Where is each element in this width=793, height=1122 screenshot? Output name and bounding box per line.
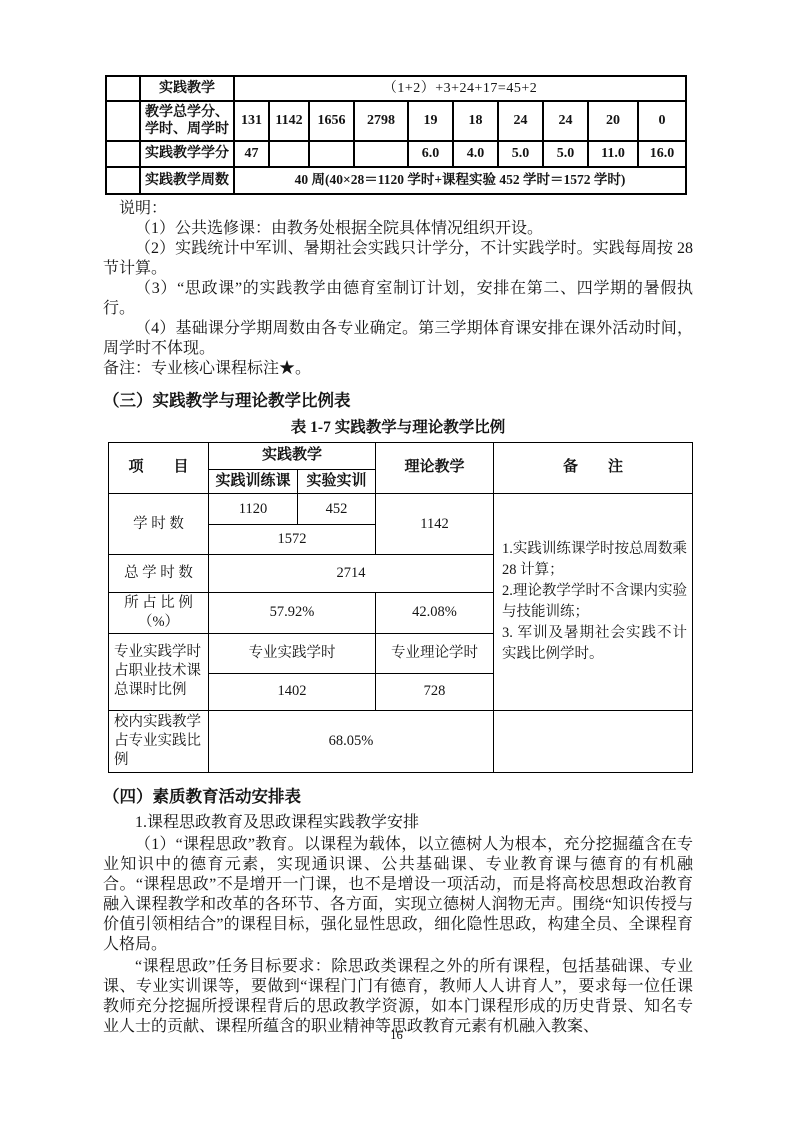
- document-page: 实践教学 （1+2）+3+24+17=45+2 教学总学分、学时、周学时 131…: [0, 0, 793, 1122]
- table-row: 实践教学 （1+2）+3+24+17=45+2: [106, 76, 686, 101]
- section4-heading: （四）素质教育活动安排表: [103, 786, 693, 807]
- teaching-plan-summary-table: 实践教学 （1+2）+3+24+17=45+2 教学总学分、学时、周学时 131…: [105, 75, 687, 195]
- remark-note-1: 1.实践训练课学时按总周数乘 28 计算；: [502, 539, 687, 581]
- cell-practice-credit: 16.0: [638, 141, 686, 167]
- explanation-remark: 备注：专业核心课程标注★。: [103, 359, 693, 379]
- section4-paragraph-2: “课程思政”任务目标要求：除思政类课程之外的所有课程，包括基础课、专业课、专业实…: [103, 957, 693, 1037]
- cell-total-value: 2798: [354, 101, 408, 141]
- cell-practice-credit: 4.0: [453, 141, 498, 167]
- cell-professional-practice-label: 专业实践学时: [209, 633, 376, 673]
- table-1-7-caption: 表 1-7 实践教学与理论教学比例: [103, 418, 693, 438]
- cell-total-value: 19: [408, 101, 453, 141]
- cell-practice-credit: 5.0: [498, 141, 543, 167]
- explanation-item-1: （1）公共选修课：由教务处根据全院具体情况组织开设。: [103, 219, 693, 239]
- cell-practice-credit: [354, 141, 408, 167]
- header-theory-teaching: 理论教学: [376, 443, 494, 494]
- header-item: 项 目: [109, 443, 209, 494]
- cell-total-value: 24: [543, 101, 588, 141]
- cell-proportion-theory: 42.08%: [376, 593, 494, 634]
- cell-professional-ratio-label: 专业实践学时占职业技术课总课时比例: [109, 633, 209, 710]
- cell-campus-ratio-label: 校内实践教学占专业实践比例: [109, 710, 209, 772]
- top-margin: [103, 0, 693, 75]
- table-row: 校内实践教学占专业实践比例 68.05%: [109, 710, 693, 772]
- cell-practice-credit: 11.0: [588, 141, 638, 167]
- cell-practice-credit-label: 实践教学学分: [140, 141, 234, 167]
- cell-professional-practice-value: 1402: [209, 673, 376, 710]
- cell-hours-practice-total: 1572: [209, 525, 376, 555]
- table-row: 实践教学周数 40 周(40×28＝1120 学时+课程实验 452 学时＝15…: [106, 167, 686, 194]
- section4-subitem-1: 1.课程思政教育及思政课程实践教学安排: [103, 813, 693, 833]
- cell-proportion-practice: 57.92%: [209, 593, 376, 634]
- cell-remark-notes: 1.实践训练课学时按总周数乘 28 计算； 2.理论教学学时不含课内实验与技能训…: [494, 494, 693, 711]
- cell-practice-weeks-value: 40 周(40×28＝1120 学时+课程实验 452 学时＝1572 学时): [234, 167, 686, 194]
- cell-practice-formula: （1+2）+3+24+17=45+2: [234, 76, 686, 101]
- table-row: 项 目 实践教学 理论教学 备 注: [109, 443, 693, 470]
- cell-total-value: 0: [638, 101, 686, 141]
- cell-total-value: 18: [453, 101, 498, 141]
- table-row: 实践教学学分 47 6.0 4.0 5.0 5.0 11.0 16.0: [106, 141, 686, 167]
- table-row: 学 时 数 1120 452 1142 1.实践训练课学时按总周数乘 28 计算…: [109, 494, 693, 525]
- cell-campus-ratio-value: 68.05%: [209, 710, 494, 772]
- page-content: 实践教学 （1+2）+3+24+17=45+2 教学总学分、学时、周学时 131…: [103, 0, 693, 1037]
- cell-professional-theory-label: 专业理论学时: [376, 633, 494, 673]
- section4-paragraph-1: （1）“课程思政”教育。以课程为载体，以立德树人为根本，充分挖掘蕴含在专业知识中…: [103, 835, 693, 955]
- cell-practice-weeks-label: 实践教学周数: [140, 167, 234, 194]
- cell-total-value: 24: [498, 101, 543, 141]
- cell-practice-credit: 47: [234, 141, 269, 167]
- explanation-intro: 说明：: [103, 199, 693, 219]
- cell-total-hours-value: 2714: [209, 555, 494, 593]
- cell-practice-credit: 6.0: [408, 141, 453, 167]
- header-practice-teaching: 实践教学: [209, 443, 376, 470]
- cell-total-value: 1142: [269, 101, 309, 141]
- cell-empty: [106, 167, 140, 194]
- cell-practice-credit: 5.0: [543, 141, 588, 167]
- cell-proportion-label: 所 占 比 例 （%）: [109, 593, 209, 634]
- cell-professional-theory-value: 728: [376, 673, 494, 710]
- header-practice-training: 实践训练课: [209, 470, 298, 494]
- remark-note-2: 2.理论教学学时不含课内实验与技能训练；: [502, 581, 687, 623]
- cell-total-value: 1656: [309, 101, 354, 141]
- cell-empty: [106, 101, 140, 141]
- section3-heading: （三）实践教学与理论教学比例表: [103, 390, 693, 411]
- cell-practice-credit: [269, 141, 309, 167]
- cell-total-value: 20: [588, 101, 638, 141]
- cell-practice-teaching-label: 实践教学: [140, 76, 234, 101]
- cell-hours-label: 学 时 数: [109, 494, 209, 555]
- explanation-block: 说明： （1）公共选修课：由教务处根据全院具体情况组织开设。 （2）实践统计中军…: [103, 199, 693, 379]
- practice-theory-ratio-table: 项 目 实践教学 理论教学 备 注 实践训练课 实验实训 学 时 数 1120 …: [108, 442, 693, 773]
- explanation-item-2: （2）实践统计中军训、暑期社会实践只计学分，不计实践学时。实践每周按 28 节计…: [103, 239, 693, 279]
- header-experiment-training: 实验实训: [298, 470, 376, 494]
- page-number: 16: [0, 1028, 793, 1043]
- header-remark: 备 注: [494, 443, 693, 494]
- cell-practice-credit: [309, 141, 354, 167]
- explanation-item-3: （3）“思政课”的实践教学由德育室制订计划，安排在第二、四学期的暑假执行。: [103, 279, 693, 319]
- remark-note-3: 3. 军训及暑期社会实践不计实践比例学时。: [502, 623, 687, 665]
- cell-hours-experiment: 452: [298, 494, 376, 525]
- cell-remark-empty: [494, 710, 693, 772]
- explanation-item-4: （4）基础课分学期周数由各专业确定。第三学期体育课安排在课外活动时间，周学时不体…: [103, 319, 693, 359]
- cell-total-label: 教学总学分、学时、周学时: [140, 101, 234, 141]
- cell-empty: [106, 76, 140, 101]
- cell-empty: [106, 141, 140, 167]
- cell-hours-practice-training: 1120: [209, 494, 298, 525]
- cell-hours-theory: 1142: [376, 494, 494, 555]
- cell-total-credits: 131: [234, 101, 269, 141]
- table-row: 教学总学分、学时、周学时 131 1142 1656 2798 19 18 24…: [106, 101, 686, 141]
- cell-total-hours-label: 总 学 时 数: [109, 555, 209, 593]
